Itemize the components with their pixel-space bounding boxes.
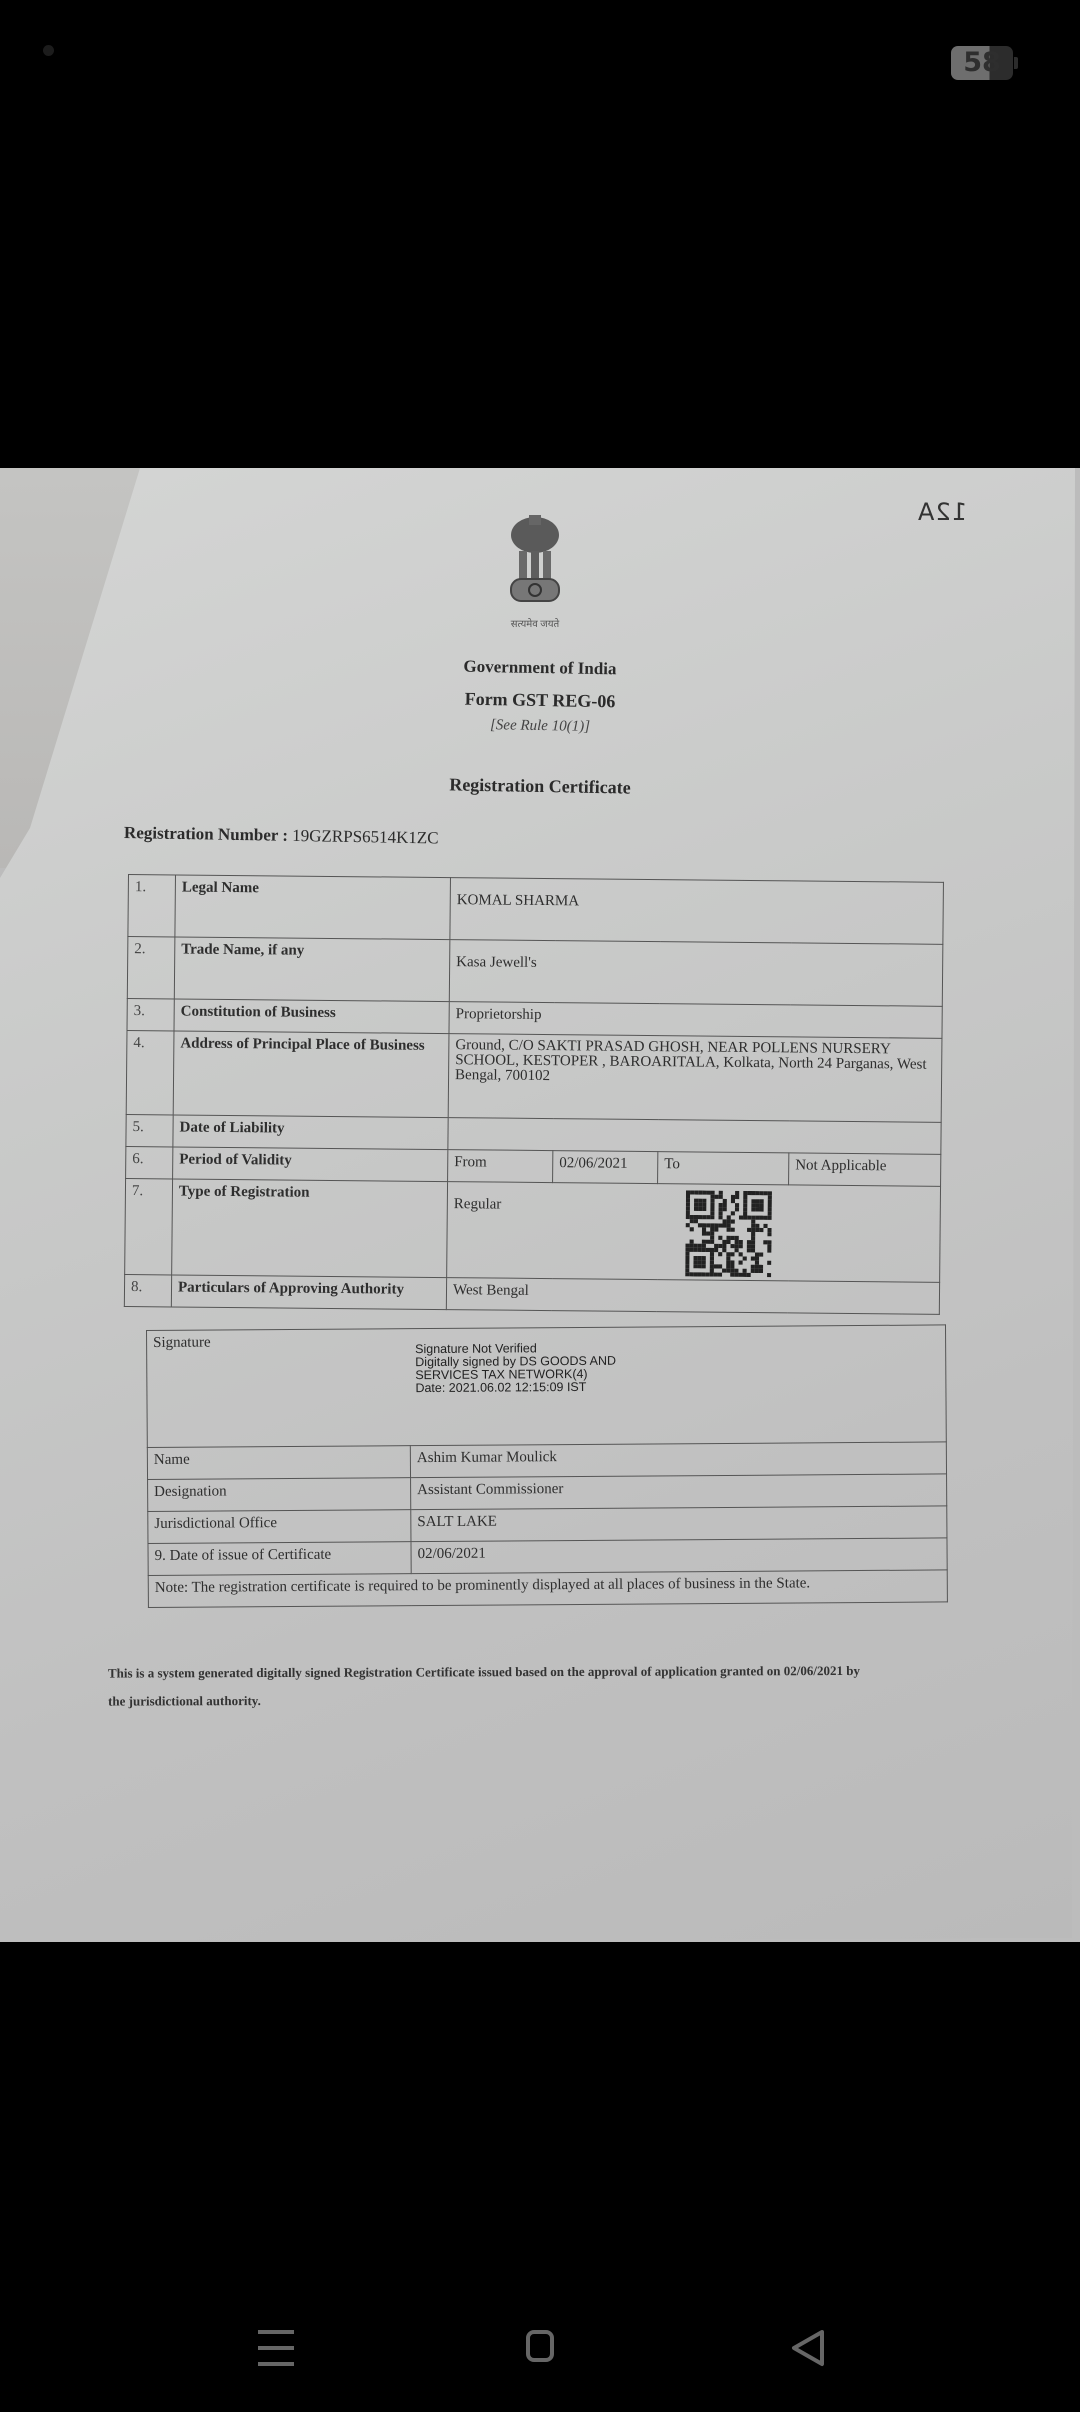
officer-name-value: Ashim Kumar Moulick	[410, 1442, 946, 1478]
registration-number-value: 19GZRPS6514K1ZC	[292, 826, 439, 848]
designation-value: Assistant Commissioner	[411, 1474, 947, 1510]
row-label: Trade Name, if any	[174, 937, 450, 1002]
registration-number: Registration Number : 19GZRPS6514K1ZC	[124, 823, 439, 848]
officer-label: Name	[147, 1446, 410, 1480]
row-number: 8.	[124, 1274, 171, 1306]
registration-number-label: Registration Number :	[124, 823, 288, 845]
validity-from-value: 02/06/2021	[553, 1151, 658, 1184]
table-row: 1. Legal Name KOMAL SHARMA	[128, 875, 944, 945]
table-row: 2. Trade Name, if any Kasa Jewell's	[127, 937, 943, 1007]
jurisdictional-office-value: SALT LAKE	[411, 1506, 947, 1542]
certificate-page: 12A सत्यमेव जयते Government of India For…	[0, 468, 1080, 1942]
row-label: Type of Registration	[172, 1179, 448, 1278]
row-number: 3.	[127, 998, 174, 1030]
address-value: Ground, C/O SAKTI PRASAD GHOSH, NEAR POL…	[448, 1034, 942, 1123]
row-number: 1.	[128, 875, 176, 937]
emblem-motto: सत्यमेव जयते	[490, 616, 580, 630]
row-number: 6.	[126, 1146, 173, 1178]
document-photo: 12A सत्यमेव जयते Government of India For…	[0, 468, 1080, 1942]
row-label: Date of Liability	[173, 1115, 448, 1150]
navigation-bar	[0, 2300, 1080, 2400]
row-label: Particulars of Approving Authority	[171, 1275, 446, 1310]
qr-code-icon	[685, 1190, 772, 1277]
signature-officer-table: Signature Signature Not Verified Digital…	[146, 1324, 948, 1608]
table-row: 7. Type of Registration Regular	[125, 1178, 941, 1282]
camera-dot	[43, 45, 54, 56]
row-label: Period of Validity	[173, 1147, 448, 1182]
footer-statement: This is a system generated digitally sig…	[108, 1656, 1008, 1715]
officer-label: Jurisdictional Office	[148, 1510, 411, 1544]
date-of-liability-value	[448, 1118, 941, 1155]
row-number: 5.	[126, 1114, 173, 1146]
officer-label: 9. Date of issue of Certificate	[148, 1542, 411, 1576]
validity-to-label: To	[658, 1152, 789, 1185]
row-label: Address of Principal Place of Business	[173, 1031, 449, 1118]
signature-date: Date: 2021.06.02 12:15:09 IST	[415, 1381, 616, 1395]
table-row: 4. Address of Principal Place of Busines…	[126, 1030, 942, 1122]
validity-to-value: Not Applicable	[789, 1153, 941, 1186]
note-row: Note: The registration certificate is re…	[148, 1570, 947, 1608]
back-icon[interactable]	[790, 2328, 826, 2368]
home-icon[interactable]	[526, 2330, 554, 2362]
row-number: 2.	[127, 937, 175, 999]
signature-row: Signature Signature Not Verified Digital…	[147, 1325, 947, 1448]
signature-label: Signature	[153, 1335, 211, 1351]
trade-name-value: Kasa Jewell's	[449, 940, 943, 1007]
legal-name-value: KOMAL SHARMA	[450, 878, 944, 945]
battery-level: 58	[951, 47, 1013, 79]
officer-label: Designation	[148, 1478, 411, 1512]
row-label: Constitution of Business	[174, 999, 449, 1034]
footer-line-1: This is a system generated digitally sig…	[108, 1656, 1008, 1687]
government-heading: Government of India	[0, 649, 1080, 688]
footer-line-2: the jurisdictional authority.	[108, 1684, 1008, 1715]
handwritten-note: 12A	[917, 498, 967, 526]
display-note: Note: The registration certificate is re…	[148, 1570, 947, 1608]
row-number: 7.	[125, 1178, 173, 1274]
row-number: 4.	[126, 1030, 174, 1114]
certificate-title: Registration Certificate	[0, 767, 1080, 807]
battery-icon: 58	[951, 46, 1013, 80]
menu-icon[interactable]	[258, 2330, 294, 2366]
national-emblem-icon	[505, 513, 565, 605]
validity-from-label: From	[448, 1150, 553, 1183]
digital-signature: Signature Not Verified Digitally signed …	[415, 1342, 616, 1395]
approving-authority-value: West Bengal	[446, 1278, 939, 1315]
row-label: Legal Name	[175, 875, 451, 940]
constitution-value: Proprietorship	[449, 1002, 942, 1039]
issue-date-value: 02/06/2021	[411, 1538, 947, 1574]
registration-type-value: Regular	[454, 1196, 502, 1212]
registration-details-table: 1. Legal Name KOMAL SHARMA 2. Trade Name…	[124, 874, 944, 1315]
